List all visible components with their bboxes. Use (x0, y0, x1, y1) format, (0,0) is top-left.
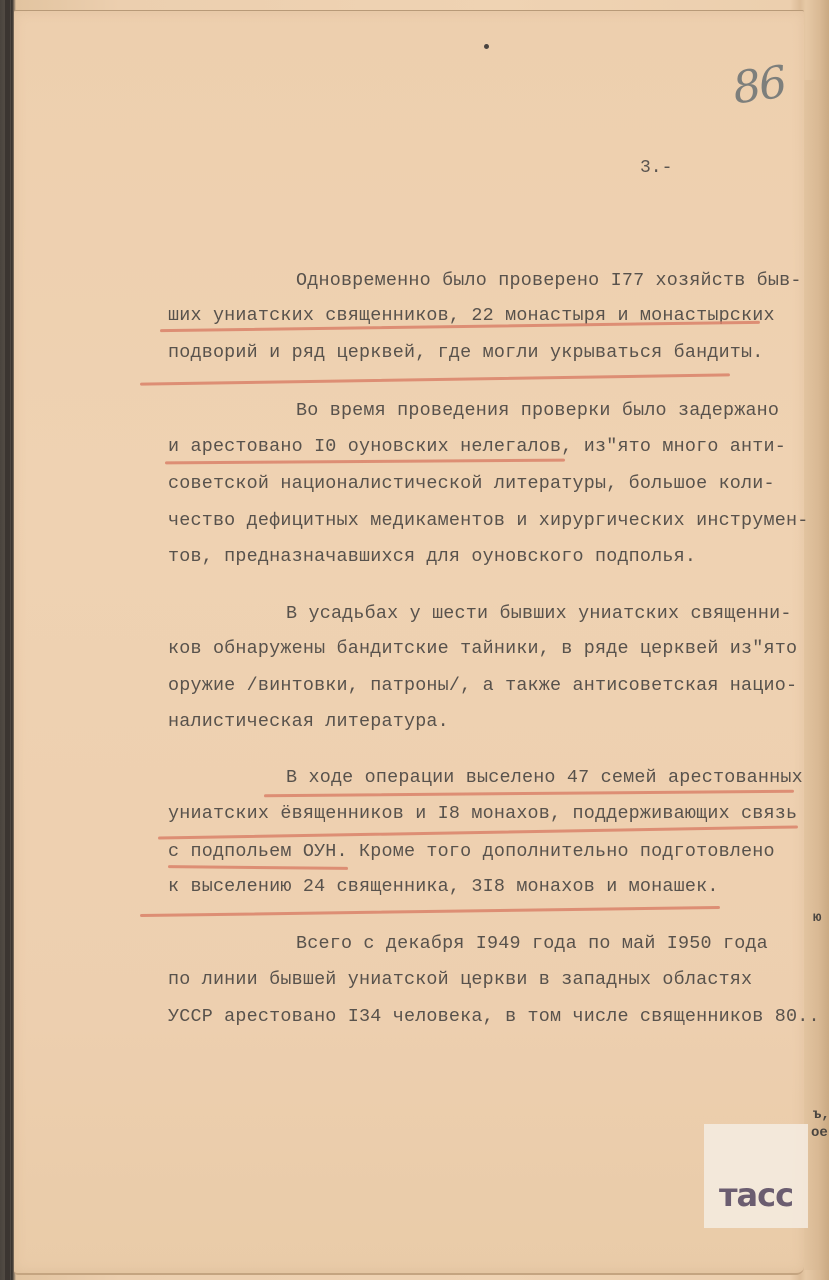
text-line: тов, предназначавшихся для оуновского по… (168, 546, 696, 567)
folder-edge (5, 0, 10, 1280)
text-line: чество дефицитных медикаментов и хирурги… (168, 510, 808, 531)
text-line: советской националистической литературы,… (168, 473, 775, 494)
page-number: 3.- (640, 158, 672, 178)
text-line: Во время проведения проверки было задерж… (296, 400, 779, 421)
margin-fragment: ю (813, 910, 821, 926)
text-line: и арестовано I0 оуновских нелегалов, из"… (168, 436, 786, 457)
text-line: униатских ёвященников и I8 монахов, подд… (168, 803, 797, 824)
text-line: Всего с декабря I949 года по май I950 го… (296, 933, 768, 954)
text-line: подворий и ряд церквей, где могли укрыва… (168, 342, 764, 363)
text-line: налистическая литература. (168, 711, 449, 732)
margin-fragment: ъ, (813, 1107, 829, 1123)
text-line: к выселению 24 священника, 3I8 монахов и… (168, 876, 719, 897)
underlying-sheet: ю ъ, ое (800, 80, 829, 1270)
text-line: по линии бывшей униатской церкви в запад… (168, 969, 752, 990)
text-line: Одновременно было проверено I77 хозяйств… (296, 270, 802, 291)
text-line: В ходе операции выселено 47 семей аресто… (286, 767, 803, 788)
text-line: с подпольем ОУН. Кроме того дополнительн… (168, 841, 775, 862)
tass-watermark: тасс (704, 1124, 808, 1228)
folio-number: 86 (730, 57, 789, 115)
margin-fragment: ое (811, 1125, 828, 1141)
tass-logo-text: тасс (704, 1176, 808, 1214)
text-line: ков обнаружены бандитские тайники, в ряд… (168, 638, 797, 659)
text-line: УССР арестовано I34 человека, в том числ… (168, 1006, 820, 1027)
text-line: оружие /винтовки, патроны/, а также анти… (168, 675, 797, 696)
ink-speck (484, 44, 489, 49)
text-line: В усадьбах у шести бывших униатских свящ… (286, 603, 792, 624)
